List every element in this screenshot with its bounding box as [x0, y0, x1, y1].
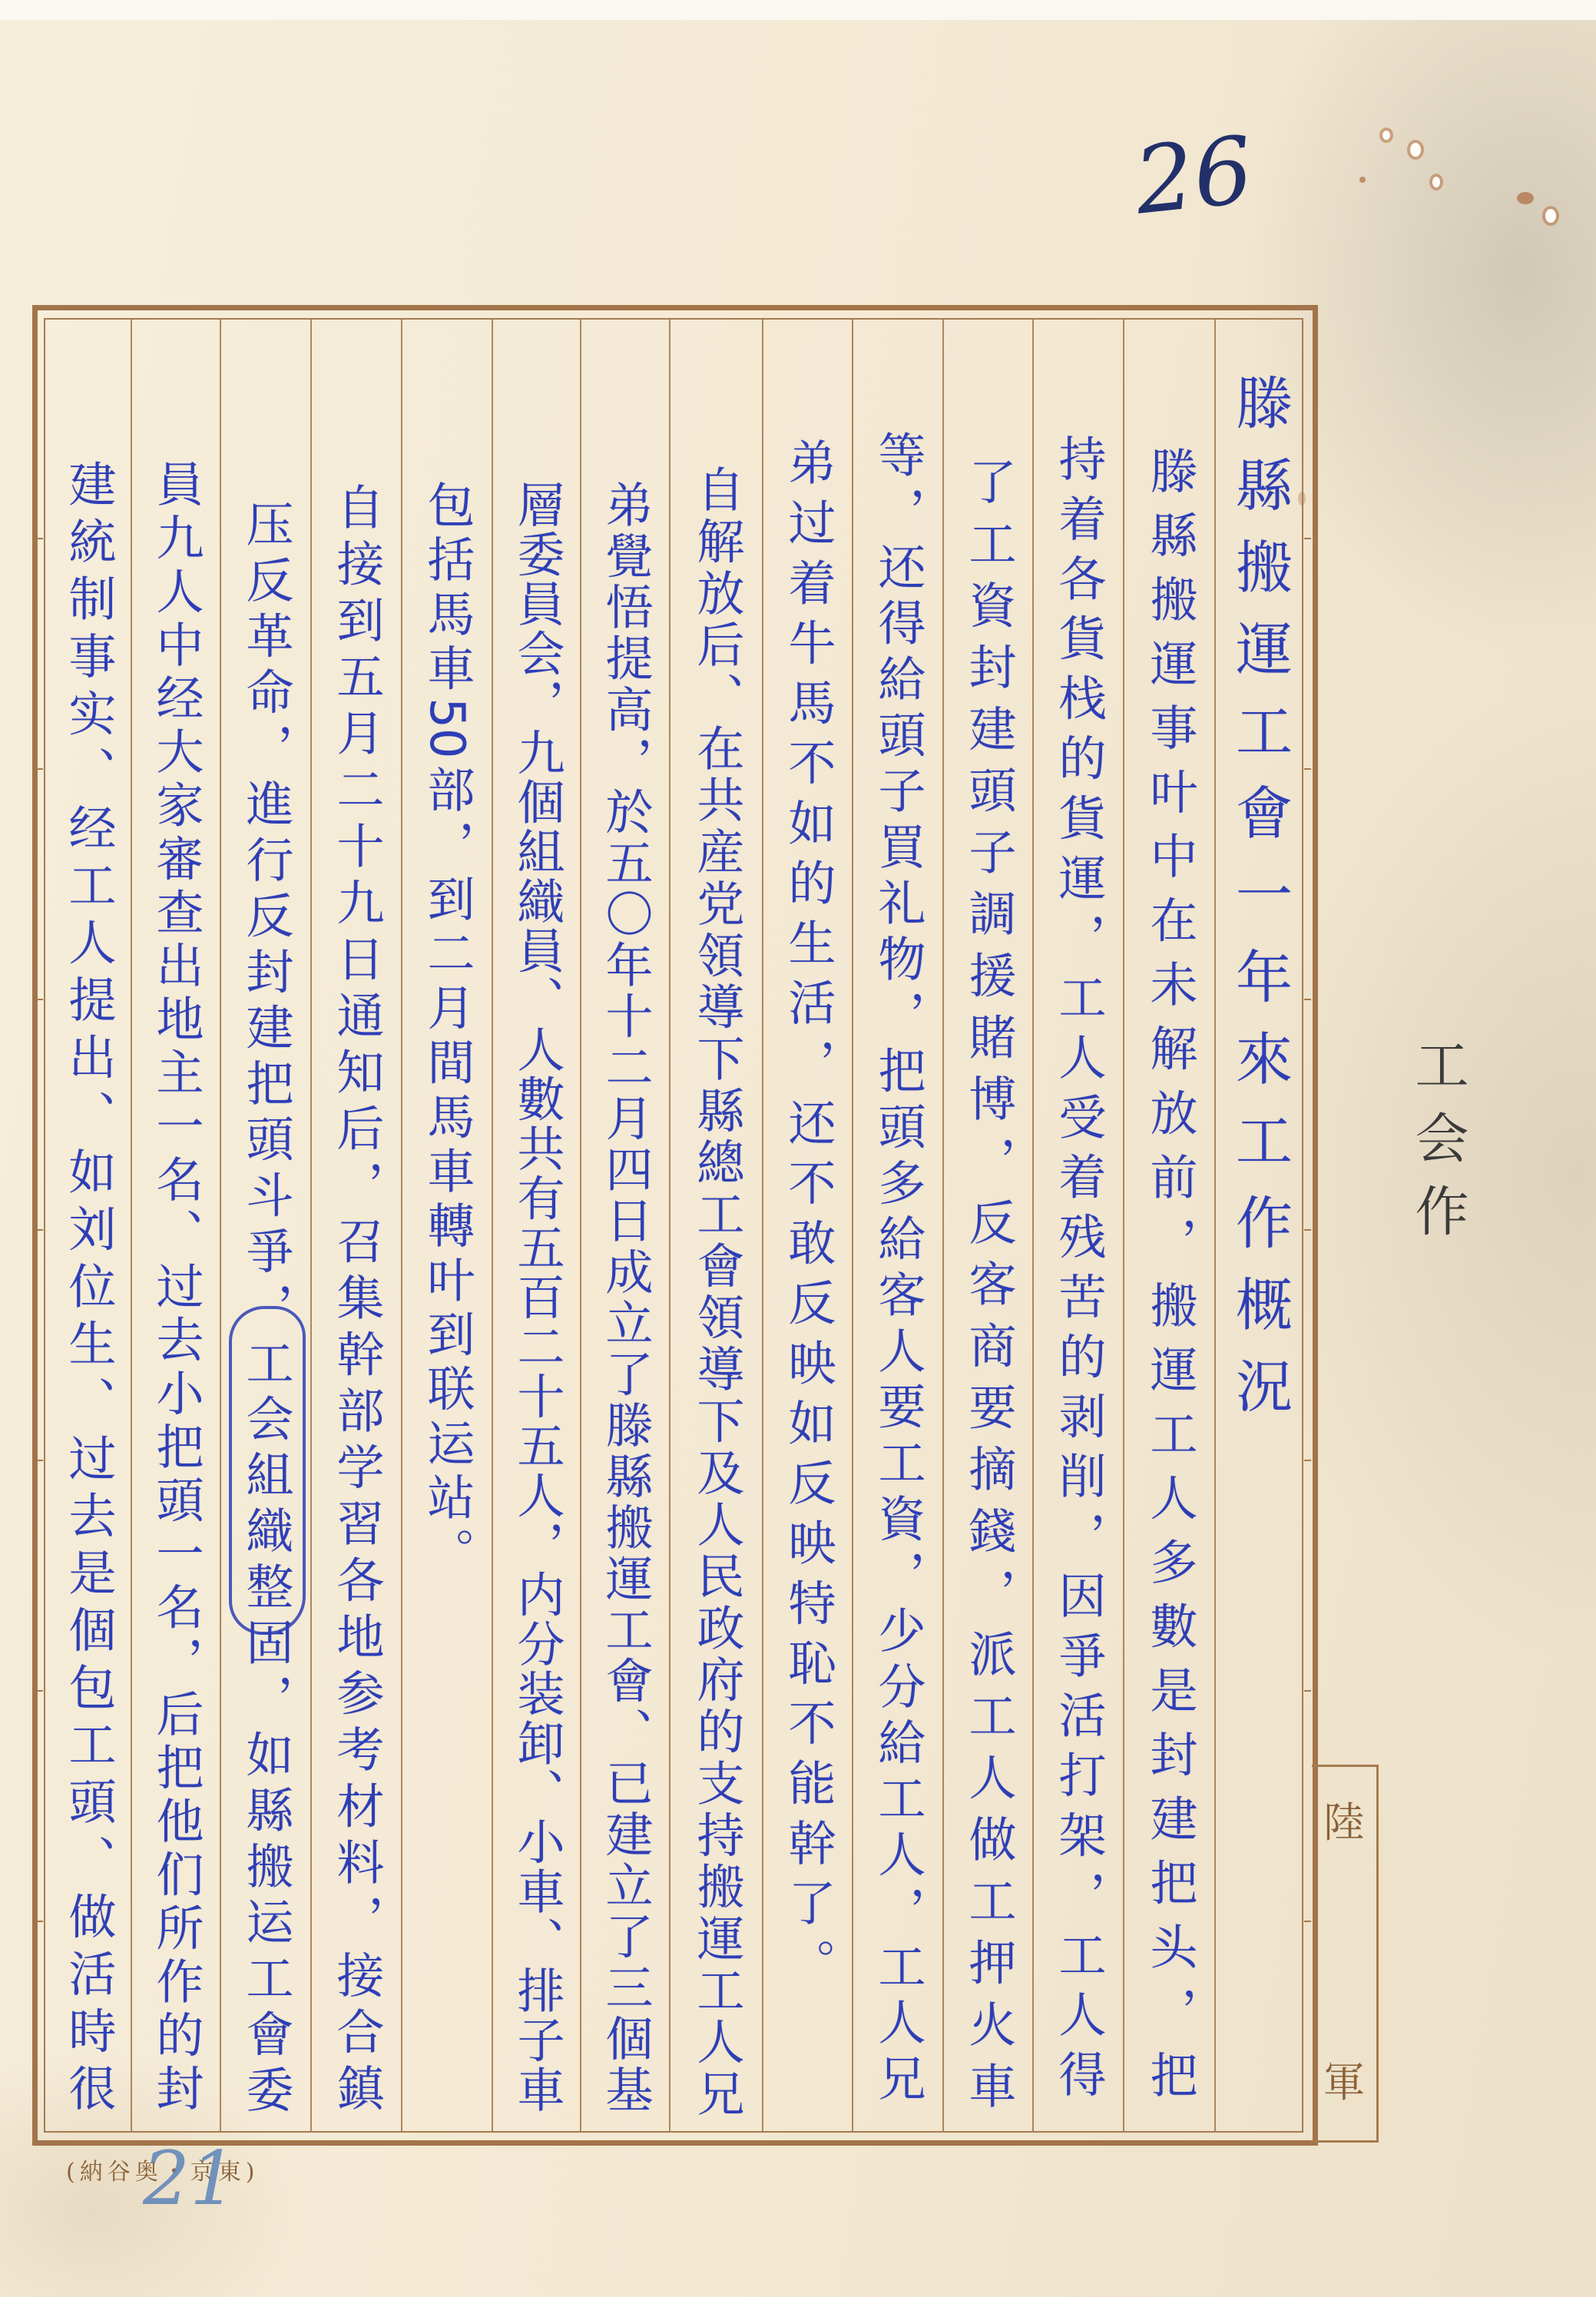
- rust-stain: [1517, 192, 1534, 204]
- margin-tick: [36, 1460, 43, 1461]
- text-column-3: 了工資封建頭子調援賭博，反客商要摘錢，派工人做工押火車: [944, 457, 1033, 2109]
- text-column-5: 弟过着牛馬不如的生活，还不敢反映如反映特恥不能幹了。: [763, 438, 853, 1986]
- text-column-8: 層委員会，九個組織員、人數共有五百二十五人，内分装卸、小車、排子車: [493, 480, 581, 2113]
- margin-tick: [1304, 1690, 1311, 1692]
- margin-tick: [1304, 1460, 1311, 1461]
- margin-tick: [1304, 768, 1311, 770]
- margin-tick: [1304, 1921, 1311, 1922]
- margin-tick: [1304, 1229, 1311, 1231]
- margin-tick: [36, 1690, 43, 1692]
- text-column-9: 包括馬車50部，到二月間馬車轉叶到联运站。: [402, 480, 492, 1575]
- text-column-12: 員九人中经大家審查出地主一名、过去小把頭一名，后把他们所作的封: [132, 459, 220, 2111]
- text-column-1: 滕縣搬運事叶中在未解放前，搬運工人多數是封建把头，把: [1124, 446, 1215, 2098]
- document-title: 滕縣搬運工會一年來工作概況: [1216, 373, 1303, 1414]
- text-column-13: 建統制事实、经工人提出、如刘位生、过去是個包工頭、做活時很: [45, 459, 131, 2111]
- margin-tick: [1304, 999, 1311, 1000]
- margin-tick: [36, 1229, 43, 1231]
- page-number-bottom: 21: [143, 2136, 237, 2222]
- paper-hole: [1545, 209, 1556, 223]
- paper-hole: [1410, 143, 1421, 157]
- margin-tick: [36, 538, 43, 539]
- margin-box-bottom-char: 軍: [1315, 2050, 1373, 2109]
- margin-tick: [1304, 538, 1311, 539]
- text-column-2: 持着各貨栈的貨運，工人受着残苦的剥削，因爭活打架，工人得: [1034, 434, 1124, 2097]
- text-column-6: 自解放后、在共産党領導下縣總工會領導下及人民政府的支持搬運工人兄: [671, 465, 763, 2116]
- handwritten-circle-mark: [229, 1306, 306, 1635]
- margin-note: 工会作: [1407, 1037, 1469, 1237]
- scan-top-edge: [0, 0, 1596, 20]
- paper-hole: [1382, 131, 1390, 140]
- text-column-4: 等，还得給頭子買礼物，把頭多給客人要工資，少分給工人，工人兄: [853, 430, 943, 2101]
- margin-tick: [36, 1921, 43, 1922]
- margin-tick: [36, 768, 43, 770]
- paper-hole: [1432, 177, 1440, 187]
- page-number-top: 26: [1130, 117, 1257, 235]
- text-column-7: 弟覺悟提高，於五〇年十二月四日成立了滕縣搬運工會、已建立了三個基: [581, 480, 670, 2113]
- text-column-10: 自接到五月二十九日通知后，召集幹部学習各地参考材料，接合鎮: [312, 482, 402, 2111]
- margin-tick: [36, 999, 43, 1000]
- margin-box-top-char: 陸: [1315, 1790, 1373, 1849]
- rust-stain: [1359, 177, 1366, 183]
